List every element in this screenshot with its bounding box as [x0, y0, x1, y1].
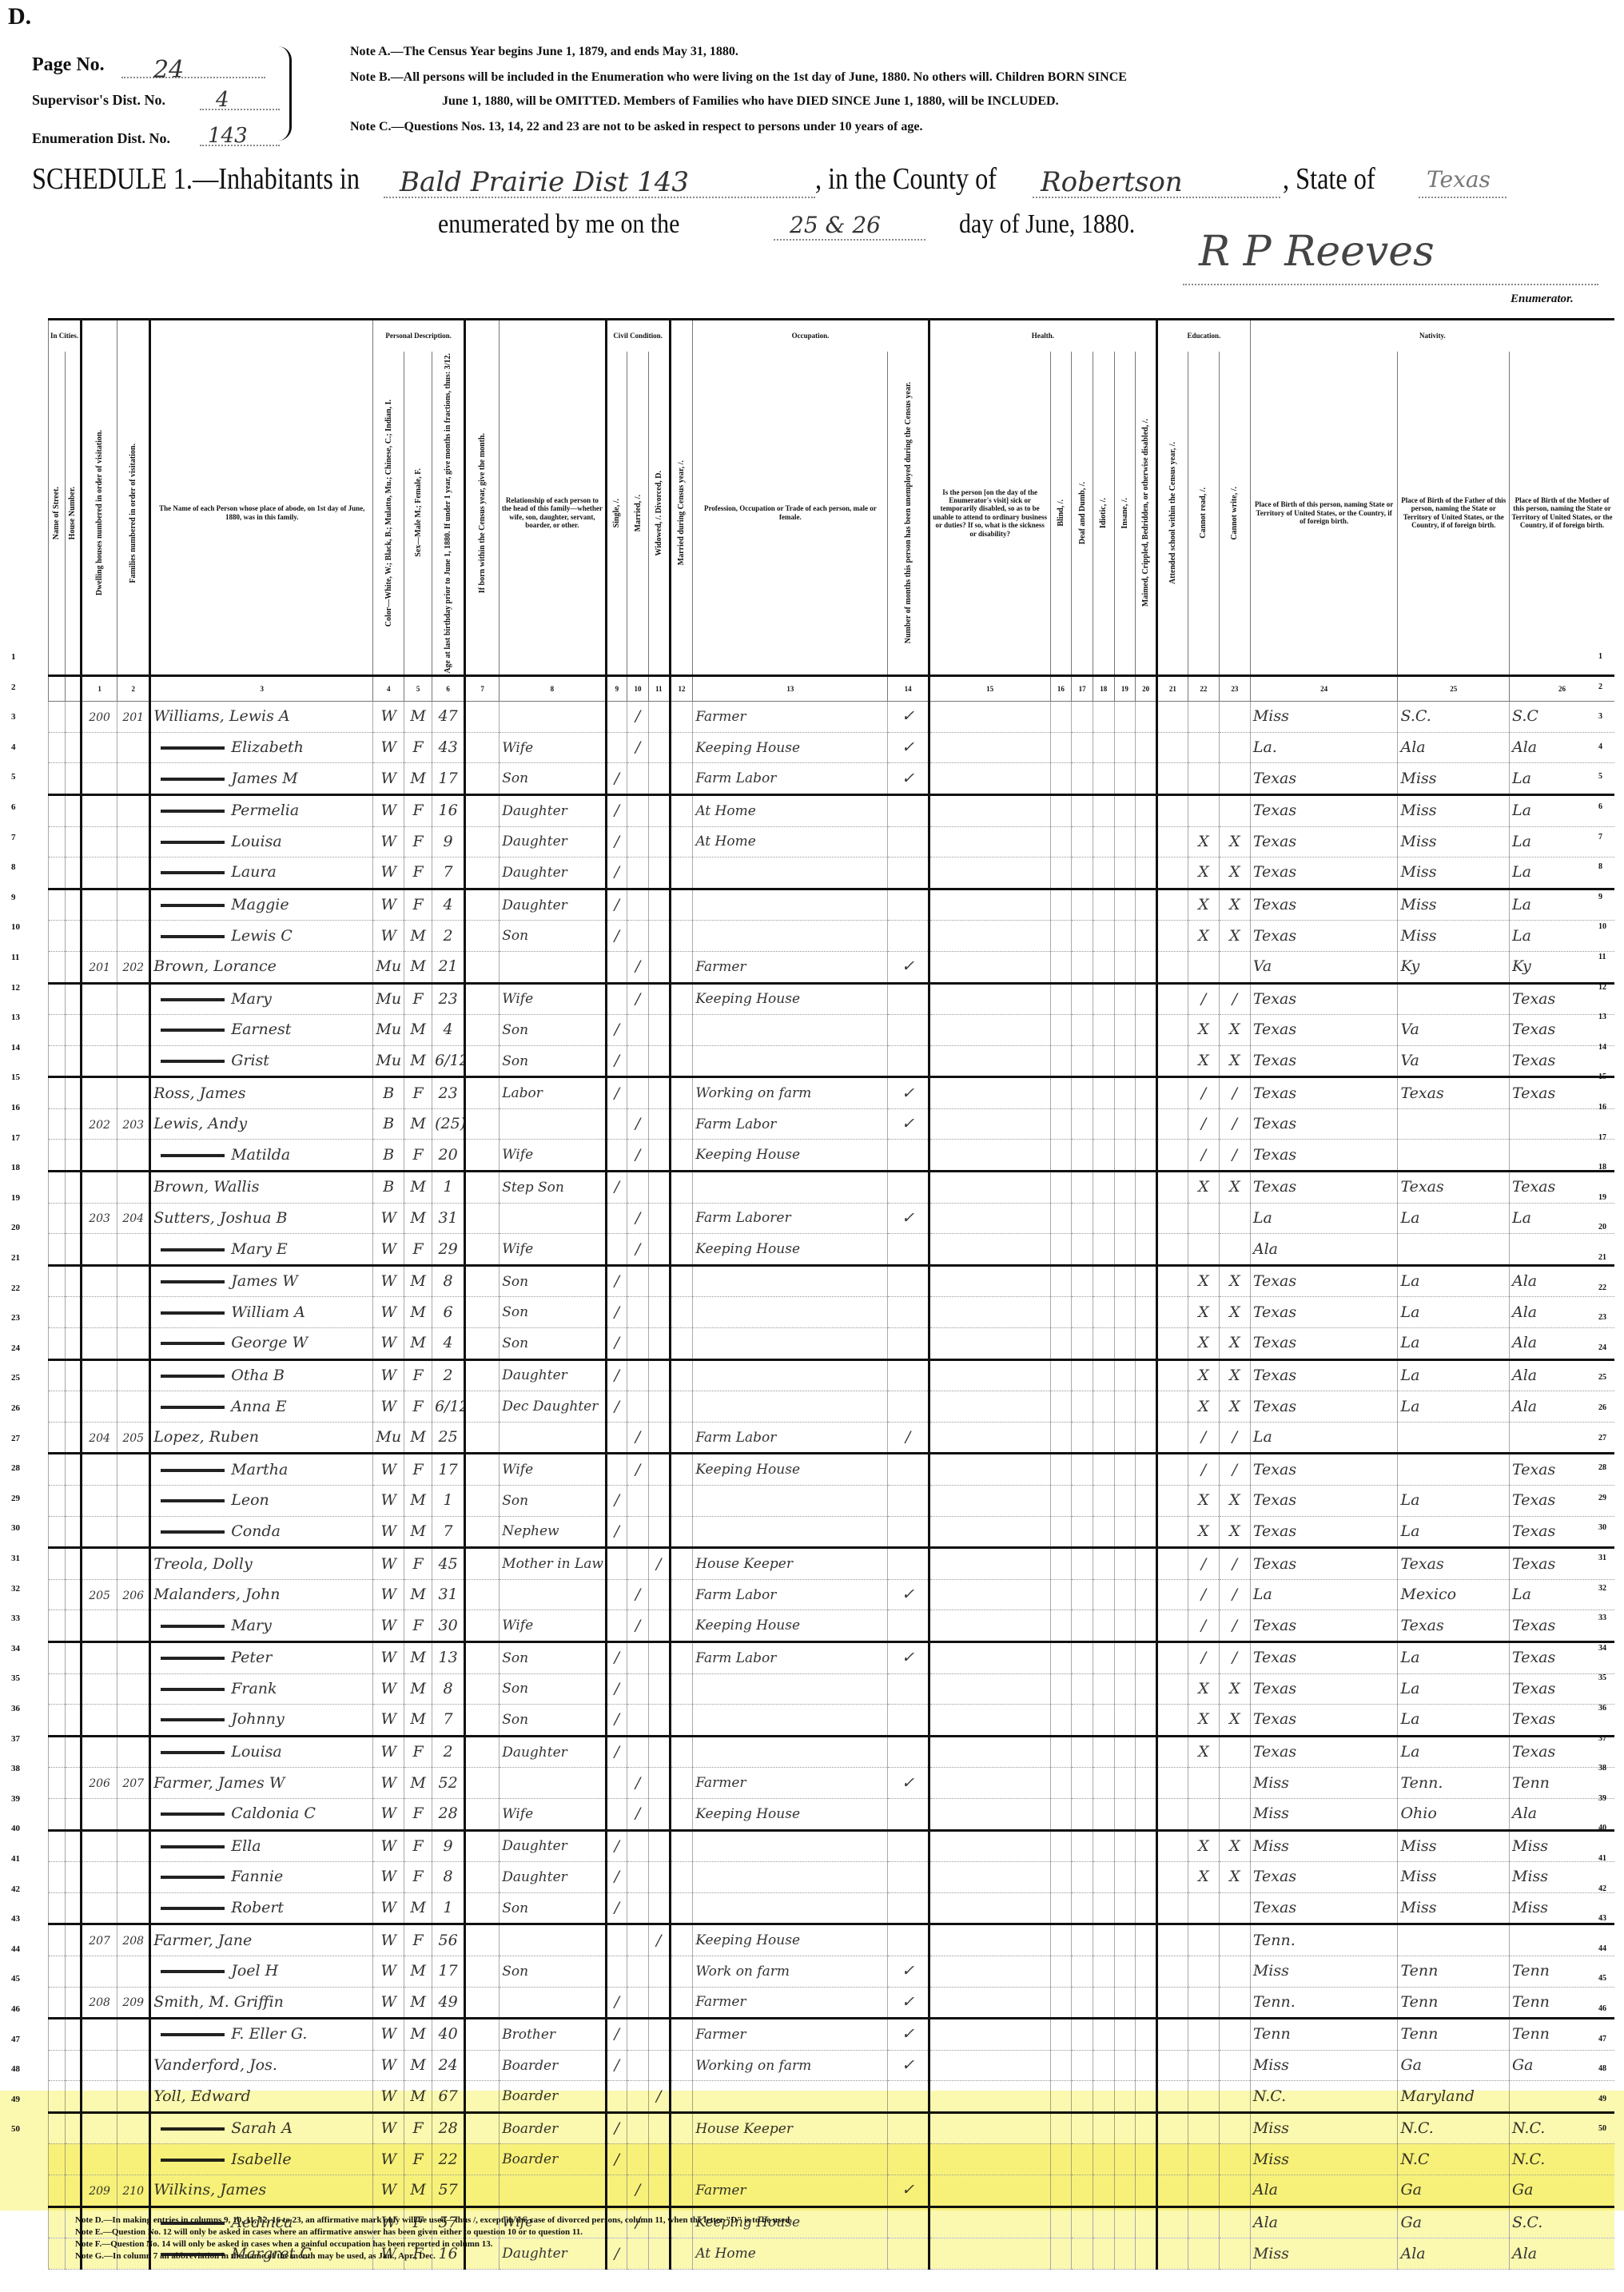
- cell-value: Farmer: [695, 709, 746, 725]
- cell-occ: [693, 1328, 888, 1360]
- cell-read: X: [1188, 1172, 1219, 1204]
- cell-empty: [465, 1297, 500, 1328]
- cell-value: /: [635, 707, 640, 725]
- cell-empty: [465, 1265, 500, 1297]
- cell-pob: Texas: [1250, 1454, 1398, 1486]
- cell-unemp: /: [888, 1422, 929, 1454]
- cell-empty: [465, 1422, 500, 1454]
- person-name: Caldonia C: [161, 1805, 316, 1822]
- cell-value: La: [1253, 1209, 1272, 1227]
- cell-value: X: [1198, 1680, 1209, 1697]
- line-number: 8: [1598, 862, 1602, 871]
- cell-empty: [1050, 1328, 1072, 1360]
- cell-empty: [1114, 951, 1136, 983]
- cell-value: Daughter: [502, 897, 567, 913]
- cell-value: ✓: [902, 1993, 914, 2011]
- cell-value: X: [1229, 1398, 1240, 1415]
- cell-empty: [670, 1391, 693, 1423]
- cell-pob: Texas: [1250, 983, 1398, 1015]
- cell-empty: [465, 1203, 500, 1234]
- cell-value: X: [1229, 1052, 1240, 1069]
- cell-pob_f: Miss: [1398, 921, 1510, 952]
- cell-empty: [1136, 1768, 1157, 1799]
- page-no-field: 24: [121, 56, 265, 78]
- cell-family: [117, 2019, 150, 2051]
- cell-color: W: [373, 1297, 404, 1328]
- cell-married: [627, 1641, 649, 1673]
- cell-read: [1188, 2238, 1219, 2270]
- cell-value: M: [410, 1774, 425, 1792]
- cell-read: /: [1188, 1548, 1219, 1580]
- cell-occ: Keeping House: [693, 1234, 888, 1266]
- column-number: 21: [1156, 676, 1188, 702]
- cell-write: /: [1219, 1454, 1250, 1486]
- cell-sex: F: [404, 1359, 432, 1391]
- cell-write: [1219, 732, 1250, 763]
- cell-color: W: [373, 1203, 404, 1234]
- cell-dwelling: 203: [82, 1203, 117, 1234]
- cell-pob_f: Texas: [1398, 1610, 1510, 1642]
- cell-color: W: [373, 1579, 404, 1610]
- cell-pob: Tenn: [1250, 2019, 1398, 2051]
- cell-pob: La: [1250, 1579, 1398, 1610]
- column-header-5: Sex—Male M.; Female, F.: [404, 352, 432, 676]
- column-header-18: Idiotic, /.: [1093, 352, 1114, 676]
- line-number: 41: [11, 1854, 20, 1864]
- cell-value: 201: [122, 711, 144, 724]
- cell-married: /: [627, 1768, 649, 1799]
- cell-empty: [1072, 826, 1093, 858]
- cell-empty: [929, 1108, 1050, 1140]
- cell-empty: [65, 1454, 82, 1486]
- cell-unemp: [888, 1486, 929, 1517]
- cell-empty: [1114, 921, 1136, 952]
- cell-empty: [670, 1892, 693, 1924]
- cell-widowed: [648, 2050, 670, 2081]
- cell-write: X: [1219, 1862, 1250, 1893]
- cell-color: Mu: [373, 983, 404, 1015]
- cell-color: W: [373, 794, 404, 826]
- cell-widowed: [648, 1108, 670, 1140]
- cell-unemp: [888, 1015, 929, 1046]
- cell-name: Ella: [150, 1830, 373, 1862]
- line-number: 47: [1598, 2035, 1606, 2043]
- cell-empty: [65, 1579, 82, 1610]
- corner-mark: D.: [8, 3, 31, 30]
- cell-empty: [1114, 1265, 1136, 1297]
- cell-value: Mu: [376, 990, 401, 1008]
- cell-unemp: [888, 1862, 929, 1893]
- cell-empty: [929, 1422, 1050, 1454]
- cell-married: /: [627, 1140, 649, 1172]
- cell-write: [1219, 1987, 1250, 2019]
- cell-empty: [1136, 1297, 1157, 1328]
- cell-dwelling: [82, 1454, 117, 1486]
- cell-empty: [1050, 1422, 1072, 1454]
- cell-value: Son: [502, 1650, 528, 1666]
- cell-empty: [1136, 732, 1157, 763]
- cell-pob_m: Tenn: [1510, 1987, 1615, 2019]
- cell-value: M: [410, 1303, 425, 1321]
- cell-empty: [65, 732, 82, 763]
- cell-pob_f: Tenn: [1398, 1987, 1510, 2019]
- cell-name: Permelia: [150, 794, 373, 826]
- cell-married: [627, 1548, 649, 1580]
- cell-empty: [1093, 1768, 1114, 1799]
- cell-widowed: [648, 1768, 670, 1799]
- cell-empty: [1072, 2019, 1093, 2051]
- table-row: FannieWF8Daughter/XXTexasMissMiss: [49, 1862, 1615, 1893]
- cell-empty: [670, 1987, 693, 2019]
- cell-single: /: [606, 1892, 627, 1924]
- line-number: 15: [11, 1072, 20, 1082]
- cell-empty: [49, 1045, 66, 1077]
- cell-value: X: [1198, 1743, 1209, 1761]
- cell-family: [117, 732, 150, 763]
- table-row: 201202Brown, LoranceMuM21/Farmer✓VaKyKy: [49, 951, 1615, 983]
- cell-empty: [1050, 1108, 1072, 1140]
- cell-value: Wife: [502, 1241, 533, 1257]
- table-row: William AWM6Son/XXTexasLaAla: [49, 1297, 1615, 1328]
- cell-empty: [49, 826, 66, 858]
- cell-empty: [929, 889, 1050, 921]
- cell-name: James M: [150, 763, 373, 795]
- cell-occ: Farm Labor: [693, 763, 888, 795]
- cell-pob: Miss: [1250, 702, 1398, 733]
- cell-rel: Daughter: [500, 794, 606, 826]
- cell-rel: [500, 1987, 606, 2019]
- cell-value: Texas: [1512, 1522, 1555, 1540]
- cell-age: 1: [432, 1486, 465, 1517]
- line-number: 43: [11, 1914, 20, 1924]
- cell-read: X: [1188, 1516, 1219, 1548]
- cell-single: [606, 1108, 627, 1140]
- cell-read: /: [1188, 1579, 1219, 1610]
- cell-empty: [670, 1830, 693, 1862]
- line-number: 6: [1598, 802, 1602, 811]
- cell-value: X: [1198, 1398, 1209, 1415]
- line-number: 40: [11, 1824, 20, 1833]
- cell-value: ✓: [902, 2056, 914, 2074]
- cell-value: /: [1201, 1146, 1206, 1164]
- cell-empty: [1093, 1108, 1114, 1140]
- cell-read: [1188, 1768, 1219, 1799]
- cell-empty: [1050, 1548, 1072, 1580]
- cell-empty: [1136, 1045, 1157, 1077]
- state-label: , State of: [1283, 161, 1375, 197]
- cell-value: Ala: [1253, 2214, 1278, 2231]
- cell-empty: [1136, 1172, 1157, 1204]
- cell-name: Frank: [150, 1673, 373, 1705]
- line-number: 22: [11, 1283, 20, 1293]
- cell-empty: [49, 1516, 66, 1548]
- cell-value: La: [1512, 770, 1531, 787]
- cell-value: M: [410, 1680, 425, 1697]
- cell-pob_f: Tenn: [1398, 2019, 1510, 2051]
- cell-value: F: [413, 1084, 424, 1102]
- cell-empty: [1093, 1454, 1114, 1486]
- person-name: Lewis, Andy: [153, 1115, 247, 1132]
- cell-age: 8: [432, 1862, 465, 1893]
- cell-value: Miss: [1253, 1837, 1289, 1855]
- cell-single: /: [606, 826, 627, 858]
- cell-rel: Daughter: [500, 826, 606, 858]
- cell-empty: [1050, 1641, 1072, 1673]
- cell-write: [1219, 794, 1250, 826]
- cell-rel: Boarder: [500, 2050, 606, 2081]
- cell-rel: [500, 1579, 606, 1610]
- cell-empty: [670, 889, 693, 921]
- column-header-c0: Name of Street.: [49, 352, 66, 676]
- column-header-2: Families numbered in order of visitation…: [117, 352, 150, 676]
- cell-sex: F: [404, 889, 432, 921]
- cell-empty: [1072, 794, 1093, 826]
- table-row: LouisaWF2Daughter/XTexasLaTexas: [49, 1736, 1615, 1768]
- cell-value: F: [413, 990, 424, 1008]
- cell-unemp: [888, 794, 929, 826]
- cell-dwelling: [82, 1798, 117, 1830]
- cell-value: Wife: [502, 1462, 533, 1478]
- table-row: George WWM4Son/XXTexasLaAla: [49, 1328, 1615, 1360]
- person-name: Farmer, Jane: [153, 1932, 252, 1949]
- cell-value: M: [410, 1178, 425, 1196]
- cell-school: [1156, 1830, 1188, 1862]
- cell-single: [606, 1610, 627, 1642]
- cell-value: Miss: [1253, 1774, 1289, 1792]
- cell-write: /: [1219, 1548, 1250, 1580]
- cell-family: [117, 1328, 150, 1360]
- column-header-label: House Number.: [68, 487, 77, 539]
- cell-value: Ala: [1512, 1334, 1537, 1351]
- table-row: LauraWF7Daughter/XXTexasMissLa: [49, 858, 1615, 889]
- cell-sex: M: [404, 951, 432, 983]
- cell-value: La: [1512, 833, 1531, 850]
- cell-sex: M: [404, 1015, 432, 1046]
- cell-empty: [1050, 732, 1072, 763]
- cell-value: Ohio: [1400, 1805, 1436, 1822]
- cell-single: /: [606, 1830, 627, 1862]
- cell-married: [627, 1830, 649, 1862]
- cell-occ: Keeping House: [693, 732, 888, 763]
- cell-widowed: [648, 1077, 670, 1109]
- cell-age: 23: [432, 1077, 465, 1109]
- cell-family: [117, 826, 150, 858]
- cell-rel: Wife: [500, 1140, 606, 1172]
- cell-value: 202: [89, 1119, 110, 1132]
- cell-value: Keeping House: [695, 1932, 800, 1948]
- cell-value: 203: [89, 1212, 110, 1225]
- person-name: Robert: [161, 1899, 284, 1916]
- cell-name: Farmer, James W: [150, 1768, 373, 1799]
- cell-school: [1156, 1798, 1188, 1830]
- cell-value: X: [1229, 1522, 1240, 1540]
- line-number: 3: [1598, 712, 1602, 721]
- cell-value: B: [383, 1178, 394, 1196]
- cell-age: 16: [432, 794, 465, 826]
- cell-unemp: [888, 1548, 929, 1580]
- cell-empty: [929, 1798, 1050, 1830]
- cell-age: 1: [432, 1172, 465, 1204]
- cell-age: 21: [432, 951, 465, 983]
- cell-empty: [670, 921, 693, 952]
- cell-school: [1156, 1108, 1188, 1140]
- cell-empty: [65, 1892, 82, 1924]
- line-number: 44: [1598, 1944, 1606, 1953]
- line-number: 39: [1598, 1794, 1606, 1803]
- cell-empty: [1114, 1454, 1136, 1486]
- cell-family: [117, 1516, 150, 1548]
- cell-dwelling: [82, 1015, 117, 1046]
- cell-occ: [693, 1830, 888, 1862]
- cell-empty: [1072, 1768, 1093, 1799]
- cell-age: 31: [432, 1579, 465, 1610]
- column-header-23: Cannot write, /.: [1219, 352, 1250, 676]
- cell-occ: Farm Labor: [693, 1579, 888, 1610]
- cell-rel: Wife: [500, 983, 606, 1015]
- cell-married: [627, 889, 649, 921]
- cell-value: /: [1232, 1461, 1237, 1478]
- line-number: 1: [1598, 652, 1602, 661]
- cell-sex: M: [404, 1297, 432, 1328]
- cell-value: Brother: [502, 2027, 555, 2043]
- cell-sex: F: [404, 1610, 432, 1642]
- cell-family: [117, 1862, 150, 1893]
- cell-dwelling: [82, 1140, 117, 1172]
- cell-empty: [1136, 1108, 1157, 1140]
- cell-empty: [465, 1172, 500, 1204]
- cell-dwelling: [82, 921, 117, 952]
- cell-empty: [1114, 1328, 1136, 1360]
- cell-value: W: [380, 1209, 396, 1227]
- cell-school: [1156, 1077, 1188, 1109]
- cell-school: [1156, 2206, 1188, 2238]
- cell-school: [1156, 1579, 1188, 1610]
- page-no-label: Page No.: [32, 54, 105, 76]
- cell-unemp: ✓: [888, 763, 929, 795]
- cell-dwelling: [82, 2019, 117, 2051]
- cell-pob: Va: [1250, 951, 1398, 983]
- cell-empty: [929, 1736, 1050, 1768]
- cell-value: /: [635, 990, 640, 1008]
- cell-empty: [1136, 1892, 1157, 1924]
- cell-pob_f: Miss: [1398, 1830, 1510, 1862]
- cell-value: W: [380, 1586, 396, 1603]
- cell-value: Daughter: [502, 865, 567, 881]
- cell-school: [1156, 1140, 1188, 1172]
- cell-empty: [929, 1391, 1050, 1423]
- cell-empty: [1072, 1328, 1093, 1360]
- cell-widowed: [648, 921, 670, 952]
- note-g: Note G.—In column 7 an abbreviation in t…: [75, 2251, 792, 2261]
- person-name: Fannie: [161, 1868, 283, 1885]
- cell-dwelling: 208: [82, 1987, 117, 2019]
- cell-value: M: [410, 1209, 425, 1227]
- cell-empty: [465, 921, 500, 952]
- cell-value: X: [1229, 1710, 1240, 1728]
- cell-unemp: [888, 1673, 929, 1705]
- cell-family: [117, 1015, 150, 1046]
- cell-empty: [929, 702, 1050, 733]
- cell-occ: Farmer: [693, 2019, 888, 2051]
- line-number: 44: [11, 1944, 20, 1954]
- cell-empty: [670, 1265, 693, 1297]
- column-header-label: Idiotic, /.: [1099, 498, 1108, 528]
- cell-occ: [693, 858, 888, 889]
- cell-unemp: [888, 1359, 929, 1391]
- cell-single: /: [606, 1391, 627, 1423]
- cell-value: X: [1198, 1021, 1209, 1038]
- cell-empty: [465, 794, 500, 826]
- cell-empty: [49, 1987, 66, 2019]
- cell-value: 7: [444, 1522, 453, 1540]
- line-number: 16: [11, 1103, 20, 1112]
- cell-value: 207: [122, 1777, 144, 1790]
- cell-age: (25): [432, 1108, 465, 1140]
- line-number: 48: [11, 2064, 20, 2074]
- cell-occ: Keeping House: [693, 1924, 888, 1956]
- cell-empty: [929, 1140, 1050, 1172]
- cell-value: 1: [444, 1899, 453, 1916]
- cell-dwelling: [82, 1830, 117, 1862]
- cell-family: [117, 1673, 150, 1705]
- cell-value: ✓: [902, 1586, 914, 1603]
- cell-value: 30: [439, 1617, 458, 1634]
- cell-widowed: [648, 1705, 670, 1737]
- cell-value: Miss: [1512, 1868, 1548, 1885]
- cell-value: /: [615, 2056, 619, 2074]
- cell-unemp: ✓: [888, 1768, 929, 1799]
- cell-empty: [65, 794, 82, 826]
- cell-pob_f: Ga: [1398, 2206, 1510, 2238]
- column-header-24: Place of Birth of this person, naming St…: [1250, 352, 1398, 676]
- cell-value: Farmer: [695, 1994, 746, 2010]
- table-row: James MWM17Son/Farm Labor✓TexasMissLa: [49, 763, 1615, 795]
- cell-value: F: [413, 1240, 424, 1258]
- cell-occ: Farm Laborer: [693, 1203, 888, 1234]
- cell-sex: F: [404, 1798, 432, 1830]
- cell-value: X: [1229, 1837, 1240, 1855]
- cell-empty: [1136, 1798, 1157, 1830]
- county-value: Robertson: [1041, 166, 1183, 198]
- cell-widowed: [648, 1736, 670, 1768]
- cell-pob: Texas: [1250, 1516, 1398, 1548]
- line-number: 38: [1598, 1764, 1606, 1773]
- column-number: 9: [606, 676, 627, 702]
- cell-empty: [1050, 2019, 1072, 2051]
- cell-value: 17: [439, 1461, 458, 1478]
- cell-occ: At Home: [693, 794, 888, 826]
- cell-school: [1156, 1956, 1188, 1987]
- cell-single: /: [606, 921, 627, 952]
- cell-rel: [500, 1108, 606, 1140]
- enumerated-days-value: 25 & 26: [790, 212, 881, 238]
- cell-rel: Son: [500, 1956, 606, 1987]
- cell-empty: [1136, 1924, 1157, 1956]
- cell-empty: [65, 1924, 82, 1956]
- cell-sex: M: [404, 1705, 432, 1737]
- cell-empty: [1093, 1172, 1114, 1204]
- cell-empty: [1114, 1736, 1136, 1768]
- cell-age: 2: [432, 921, 465, 952]
- cell-empty: [929, 1328, 1050, 1360]
- person-name: Lopez, Ruben: [153, 1428, 259, 1446]
- cell-name: Mary: [150, 983, 373, 1015]
- cell-value: Texas: [1253, 1084, 1296, 1102]
- cell-rel: [500, 1768, 606, 1799]
- cell-empty: [1072, 951, 1093, 983]
- cell-value: Texas: [1400, 1084, 1443, 1102]
- column-header-label: Widowed, /. Divorced, D.: [655, 471, 663, 556]
